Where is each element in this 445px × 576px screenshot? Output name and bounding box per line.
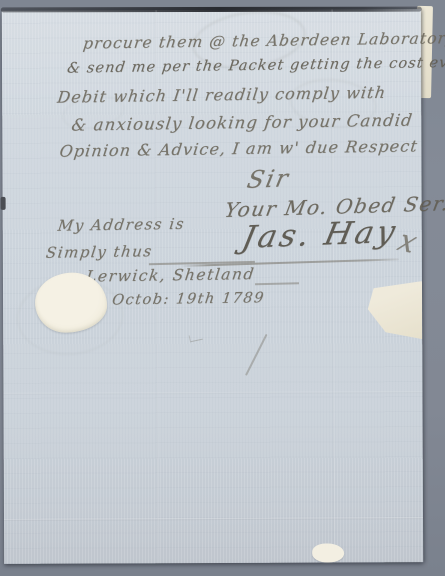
seal-residue-right: [363, 281, 422, 339]
page-top-edge-shadow: [1, 7, 422, 13]
letter-page: procure them @ the Aberdeen Laboratory; …: [2, 9, 423, 564]
scanned-letter-photo: procure them @ the Aberdeen Laboratory; …: [0, 0, 445, 576]
letter-body-line-5: Opinion & Advice, I am w' due Respect: [58, 136, 419, 160]
signature: Jas. Hay: [239, 214, 401, 256]
address-intro-line-1: My Address is: [57, 215, 186, 235]
faint-pen-tick: [189, 333, 203, 343]
closing-salutation: Sir: [245, 164, 293, 194]
letter-date: Octob: 19th 1789: [111, 290, 266, 308]
address-intro-line-2: Simply thus: [45, 242, 154, 262]
edge-speck: [1, 197, 6, 210]
faint-pen-stroke: [245, 334, 267, 376]
letter-body-line-1: procure them @ the Aberdeen Laboratory;: [82, 29, 445, 53]
paper-chip-bottom-right: [312, 543, 344, 562]
fold-crease-horizontal-lower: [4, 517, 423, 521]
letter-body-line-2: & send me per the Packet getting the cos…: [66, 55, 445, 77]
address-place: Lerwick, Shetland: [85, 265, 256, 286]
place-dash-line: [255, 282, 299, 284]
fold-crease-horizontal-upper: [3, 391, 422, 395]
letter-body-line-4: & anxiously looking for your Candid: [70, 111, 414, 135]
